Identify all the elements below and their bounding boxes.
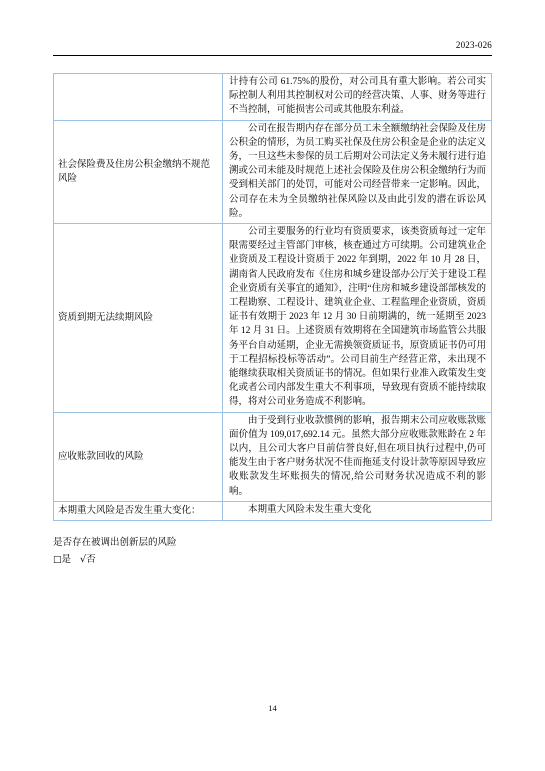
page-content: 2023-026 计持有公司 61.75%的股份，对公司具有重大影响。若公司实际… (53, 0, 492, 568)
risk-content: 计持有公司 61.75%的股份，对公司具有重大影响。若公司实际控制人利用其控制权… (229, 75, 486, 118)
innovation-layer-section: 是否存在被调出创新层的风险 □是√否 (53, 536, 492, 568)
risk-content: 由于受到行业收款惯例的影响，报告期末公司应收账款账面价值为 109,017,69… (229, 414, 486, 499)
table-row: 应收账款回收的风险 由于受到行业收款惯例的影响，报告期末公司应收账款账面价值为 … (54, 412, 492, 501)
risk-label: 应收账款回收的风险 (58, 450, 218, 464)
risk-content: 公司在报告期内存在部分员工未全额缴纳社会保险及住房公积金的情形，为员工购买社保及… (229, 122, 486, 221)
yes-label: 是 (62, 555, 72, 565)
risk-content-cell: 本期重大风险未发生重大变化 (223, 501, 492, 520)
risk-content: 公司主要服务的行业均有资质要求，该类资质每过一定年限需要经过主管部门审核，核查通… (229, 225, 486, 410)
table-row: 资质到期无法续期风险 公司主要服务的行业均有资质要求，该类资质每过一定年限需要经… (54, 224, 492, 413)
risk-label: 资质到期无法续期风险 (58, 311, 218, 325)
page-number: 14 (0, 703, 545, 713)
risk-label-cell: 应收账款回收的风险 (54, 412, 223, 501)
risk-label: 社会保险费及住房公积金缴纳不规范风险 (58, 158, 218, 186)
risk-content: 本期重大风险未发生重大变化 (229, 503, 486, 517)
risk-content-cell: 公司主要服务的行业均有资质要求，该类资质每过一定年限需要经过主管部门审核，核查通… (223, 224, 492, 413)
innovation-layer-answer: □是√否 (53, 552, 492, 568)
table-row: 计持有公司 61.75%的股份，对公司具有重大影响。若公司实际控制人利用其控制权… (54, 74, 492, 121)
innovation-layer-question: 是否存在被调出创新层的风险 (53, 536, 492, 551)
risk-label-cell: 社会保险费及住房公积金缴纳不规范风险 (54, 120, 223, 223)
table-row: 社会保险费及住房公积金缴纳不规范风险 公司在报告期内存在部分员工未全额缴纳社会保… (54, 120, 492, 223)
checkbox-empty-icon: □ (53, 555, 62, 565)
risk-content-cell: 由于受到行业收款惯例的影响，报告期末公司应收账款账面价值为 109,017,69… (223, 412, 492, 501)
table-row: 本期重大风险是否发生重大变化： 本期重大风险未发生重大变化 (54, 501, 492, 520)
risk-content-cell: 计持有公司 61.75%的股份，对公司具有重大影响。若公司实际控制人利用其控制权… (223, 74, 492, 121)
risk-table: 计持有公司 61.75%的股份，对公司具有重大影响。若公司实际控制人利用其控制权… (53, 73, 492, 521)
risk-label-cell (54, 74, 223, 121)
doc-number: 2023-026 (456, 40, 492, 50)
document-page: 2023-026 计持有公司 61.75%的股份，对公司具有重大影响。若公司实际… (0, 0, 545, 771)
risk-label-cell: 本期重大风险是否发生重大变化： (54, 501, 223, 520)
risk-label: 本期重大风险是否发生重大变化： (58, 504, 218, 518)
no-label: 否 (86, 555, 96, 565)
risk-content-cell: 公司在报告期内存在部分员工未全额缴纳社会保险及住房公积金的情形，为员工购买社保及… (223, 120, 492, 223)
page-header: 2023-026 (53, 0, 492, 56)
risk-label-cell: 资质到期无法续期风险 (54, 224, 223, 413)
